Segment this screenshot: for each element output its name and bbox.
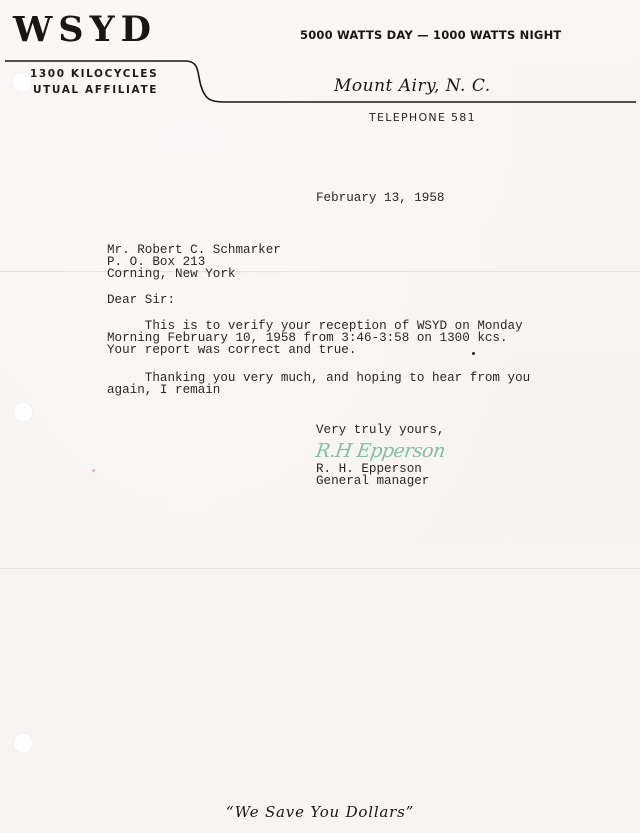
signer-title: General manager: [316, 475, 429, 487]
body-line: Your report was correct and true.: [107, 344, 356, 356]
body-line: again, I remain: [107, 384, 220, 396]
punch-hole: [13, 402, 33, 422]
salutation: Dear Sir:: [107, 294, 175, 306]
letter-paper: [0, 0, 640, 833]
letter-date: February 13, 1958: [316, 192, 444, 204]
paper-spot: [92, 469, 95, 472]
closing: Very truly yours,: [316, 424, 444, 436]
fold-line: [0, 271, 640, 273]
recipient-address-line2: Corning, New York: [107, 268, 235, 280]
ink-speck: [472, 352, 475, 355]
fold-line: [0, 568, 640, 570]
letterhead-rule: [0, 0, 640, 110]
telephone-label: TELEPHONE 581: [369, 111, 476, 124]
station-location: Mount Airy, N. C.: [334, 76, 491, 96]
punch-hole: [13, 733, 33, 753]
handwritten-signature: R.H Epperson: [314, 440, 446, 462]
station-motto: “We Save You Dollars”: [0, 803, 640, 821]
